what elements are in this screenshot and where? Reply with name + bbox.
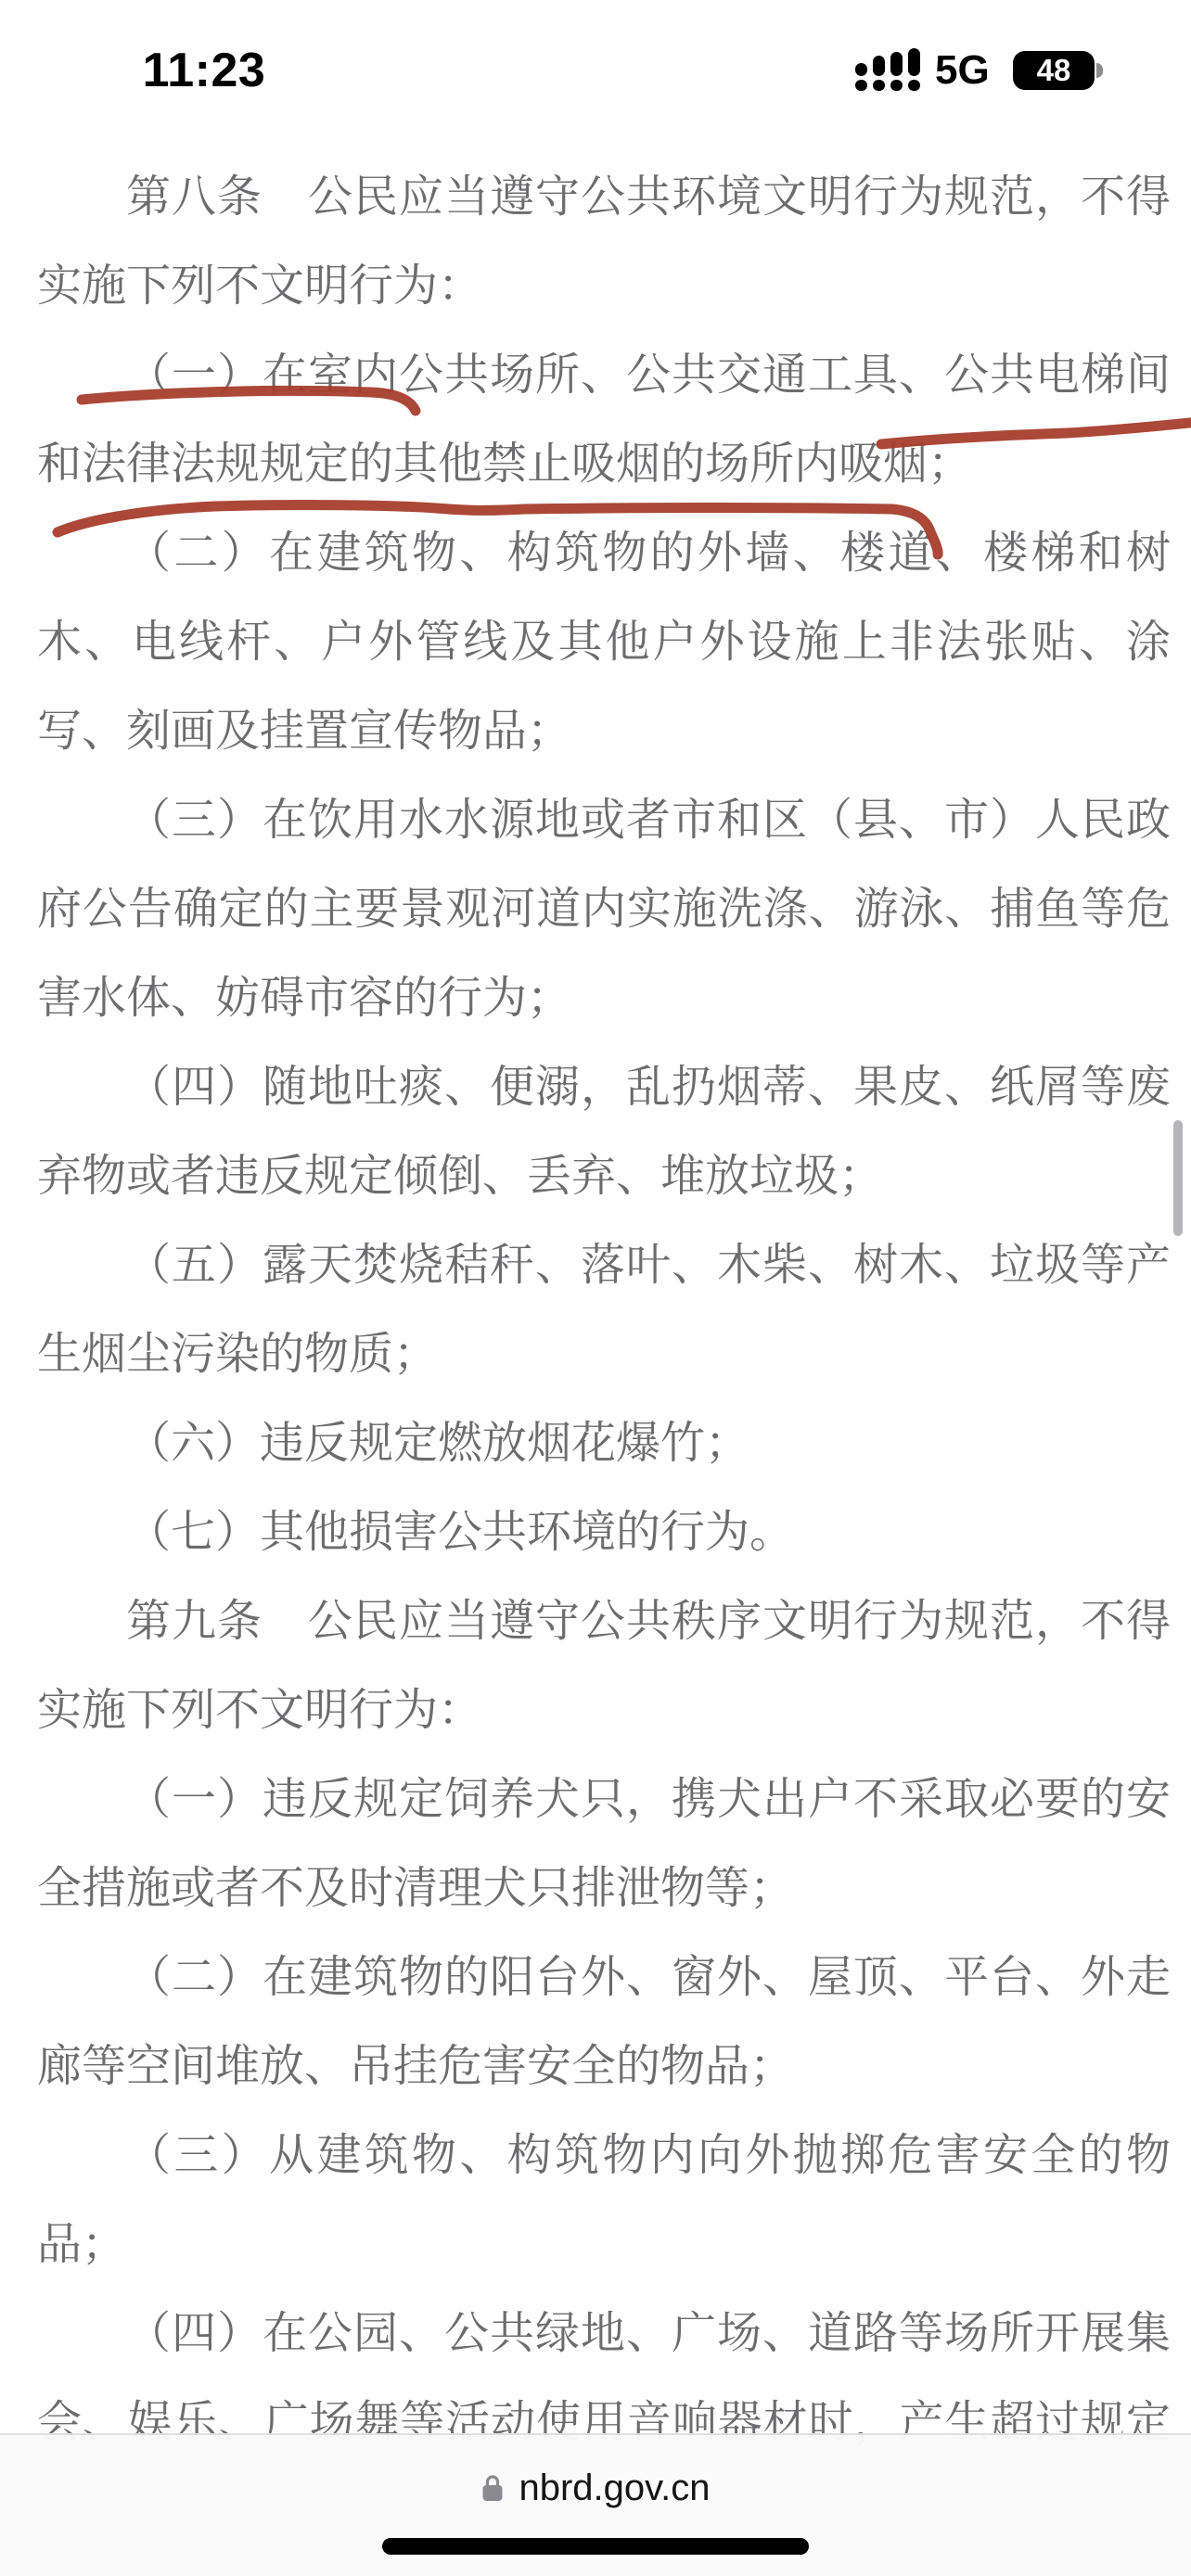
- text-line: 实施下列不文明行为：: [37, 1666, 1171, 1755]
- url-row[interactable]: nbrd.gov.cn: [0, 2465, 1191, 2511]
- cellular-signal-icon: [855, 48, 922, 91]
- text-line: 写、刻画及挂置宣传物品；: [37, 687, 1171, 776]
- text-line: 和法律法规规定的其他禁止吸烟的场所内吸烟；: [37, 420, 1171, 509]
- text-line: 府公告确定的主要景观河道内实施洗涤、游泳、捕鱼等危: [37, 865, 1171, 954]
- text-line: （四）随地吐痰、便溺，乱扔烟蒂、果皮、纸屑等废: [37, 1043, 1171, 1132]
- lock-icon: [480, 2473, 505, 2503]
- battery-percent: 48: [1037, 53, 1071, 88]
- status-time: 11:23: [102, 46, 306, 95]
- text-line: （二）在建筑物的阳台外、窗外、屋顶、平台、外走: [37, 1933, 1171, 2022]
- text-line: 廊等空间堆放、吊挂危害安全的物品；: [37, 2022, 1171, 2111]
- text-line: 害水体、妨碍市容的行为；: [37, 954, 1171, 1043]
- text-line: 第九条 公民应当遵守公共秩序文明行为规范，不得: [37, 1577, 1171, 1666]
- text-line: 实施下列不文明行为：: [37, 242, 1171, 331]
- text-line: 生烟尘污染的物质；: [37, 1310, 1171, 1399]
- iphone-screen: 11:23 5G 48 第八条 公民应当遵守公共环境文明行为规范，不得实施下列不…: [0, 0, 1191, 2576]
- text-line: （三）从建筑物、构筑物内向外抛掷危害安全的物: [37, 2111, 1171, 2200]
- text-line: 弃物或者违反规定倾倒、丢弃、堆放垃圾；: [37, 1132, 1171, 1221]
- text-line: （二）在建筑物、构筑物的外墙、楼道、楼梯和树: [37, 509, 1171, 598]
- text-line: 全措施或者不及时清理犬只排泄物等；: [37, 1844, 1171, 1933]
- battery-tip: [1096, 63, 1103, 78]
- text-line: （五）露天焚烧秸秆、落叶、木柴、树木、垃圾等产: [37, 1221, 1171, 1310]
- battery-icon: 48: [1013, 51, 1108, 90]
- status-bar: 11:23 5G 48: [0, 0, 1191, 102]
- battery-body: 48: [1013, 51, 1095, 90]
- text-line: 第八条 公民应当遵守公共环境文明行为规范，不得: [37, 153, 1171, 242]
- text-line: （一）在室内公共场所、公共交通工具、公共电梯间: [37, 331, 1171, 420]
- text-line: 木、电线杆、户外管线及其他户外设施上非法张贴、涂: [37, 598, 1171, 687]
- text-line: （三）在饮用水水源地或者市和区（县、市）人民政: [37, 776, 1171, 865]
- home-indicator[interactable]: [382, 2538, 809, 2555]
- text-line: （六）违反规定燃放烟花爆竹；: [37, 1399, 1171, 1488]
- network-type-label: 5G: [935, 49, 1000, 92]
- text-line: （四）在公园、公共绿地、广场、道路等场所开展集: [37, 2289, 1171, 2378]
- url-text: nbrd.gov.cn: [519, 2465, 710, 2511]
- scrollbar-thumb[interactable]: [1173, 1120, 1183, 1236]
- document-text: 第八条 公民应当遵守公共环境文明行为规范，不得实施下列不文明行为：（一）在室内公…: [37, 153, 1171, 2468]
- text-line: （一）违反规定饲养犬只，携犬出户不采取必要的安: [37, 1755, 1171, 1844]
- text-line: 品；: [37, 2200, 1171, 2289]
- text-line: （七）其他损害公共环境的行为。: [37, 1488, 1171, 1577]
